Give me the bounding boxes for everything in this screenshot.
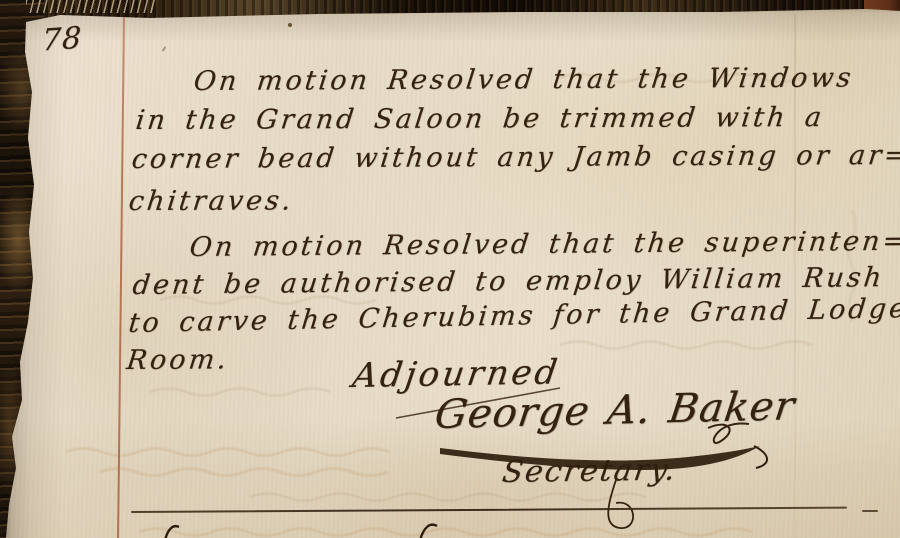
ink-speck (288, 23, 292, 27)
ink-speck (669, 241, 671, 244)
next-entry-partial-writing (0, 0, 900, 538)
binding-stitches (26, 0, 156, 13)
manuscript-photo: 78 On motion Resolved that the Windows i… (0, 0, 900, 538)
ledger-page: 78 On motion Resolved that the Windows i… (0, 0, 900, 538)
